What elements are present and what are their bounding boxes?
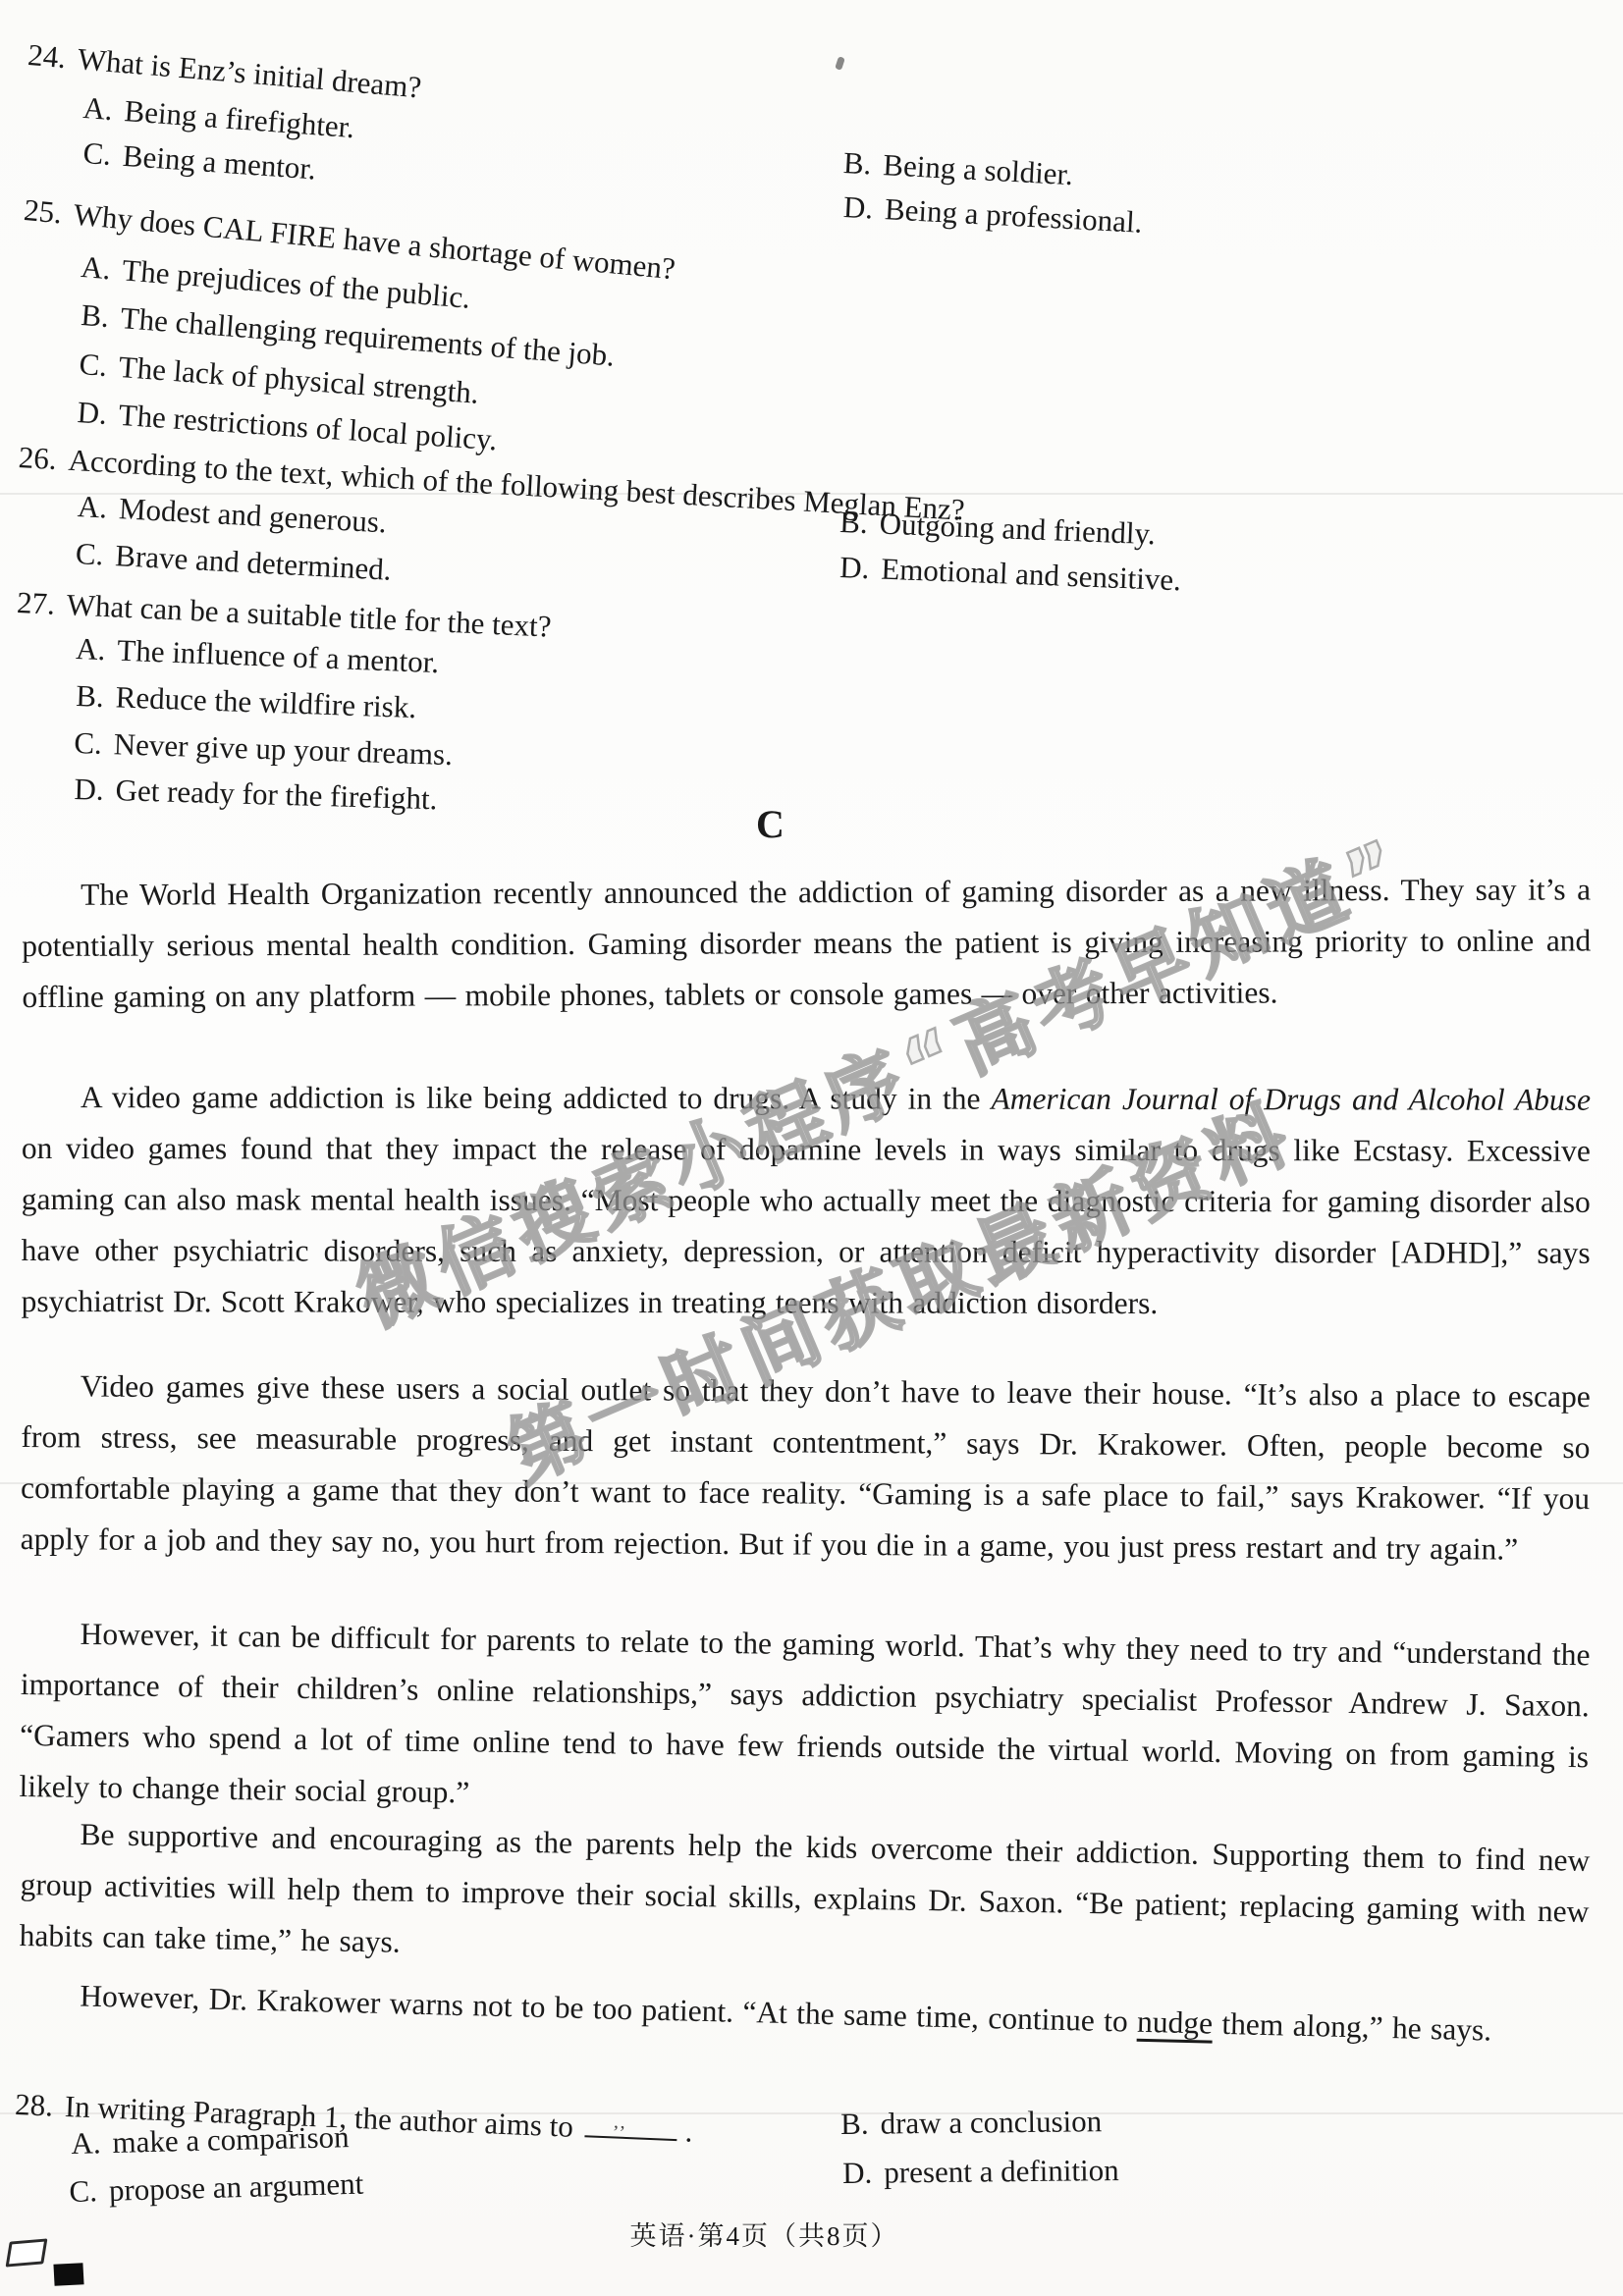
option-text: Being a soldier.	[883, 147, 1074, 191]
q26-option-c: C.Brave and determined.	[75, 536, 392, 588]
option-label: A.	[71, 2125, 101, 2162]
question-number: 27.	[16, 585, 55, 622]
q26-option-b: B.Outgoing and friendly.	[839, 505, 1157, 552]
paragraph-text: A video game addiction is like being add…	[81, 1080, 992, 1116]
option-label: D.	[842, 189, 874, 227]
option-text: draw a conclusion	[880, 2104, 1102, 2140]
option-label: C.	[69, 2173, 97, 2210]
option-label: D.	[839, 550, 871, 586]
answer-blank	[584, 2125, 676, 2141]
option-text: The influence of a mentor.	[117, 633, 440, 680]
option-label: C.	[78, 347, 108, 384]
scan-artifact-mark	[835, 56, 845, 71]
page-footer: 英语·第4页（共8页）	[0, 2215, 1576, 2253]
option-label: A.	[76, 631, 107, 667]
q27-option-a: A.The influence of a mentor.	[76, 631, 440, 680]
registration-mark-filled	[53, 2263, 83, 2286]
journal-title-italic: American Journal of Drugs and Alcohol Ab…	[991, 1082, 1591, 1117]
option-label: A.	[81, 90, 114, 128]
option-label: A.	[77, 489, 108, 526]
question-number: 25.	[23, 192, 64, 231]
option-label: D.	[74, 772, 104, 808]
option-label: C.	[74, 725, 103, 762]
paragraph-text: However, Dr. Krakower warns not to be to…	[80, 1978, 1138, 2038]
q28-option-d: D.present a definition	[842, 2153, 1119, 2191]
option-label: B.	[840, 2107, 869, 2142]
q24-option-d: D.Being a professional.	[842, 189, 1143, 240]
option-text: Get ready for the firefight.	[115, 773, 438, 816]
q26-option-d: D.Emotional and sensitive.	[839, 550, 1182, 598]
option-label: C.	[81, 135, 112, 173]
option-text: Never give up your dreams.	[113, 726, 453, 772]
q27-option-d: D.Get ready for the firefight.	[74, 772, 438, 817]
q28-option-c: C.propose an argument	[69, 2166, 364, 2210]
option-text: Emotional and sensitive.	[881, 552, 1182, 598]
paragraph-text: on video games found that they impact th…	[22, 1131, 1591, 1320]
question-number: 24.	[27, 37, 68, 76]
option-text: make a comparison	[112, 2119, 350, 2160]
passage-paragraph-5: Be supportive and encouraging as the par…	[19, 1808, 1590, 1989]
option-text: Modest and generous.	[118, 491, 387, 539]
q27-option-c: C.Never give up your dreams.	[74, 725, 454, 773]
option-label: C.	[75, 536, 104, 572]
passage-paragraph-3: Video games give these users a social ou…	[21, 1361, 1591, 1575]
option-label: D.	[842, 2156, 873, 2191]
option-label: B.	[839, 505, 869, 541]
option-text: Brave and determined.	[115, 538, 393, 587]
registration-mark-outline	[6, 2238, 48, 2267]
exam-page: 24.What is Enz’s initial dream? A.Being …	[0, 0, 1623, 2296]
question-text: .	[684, 2113, 693, 2148]
option-label: B.	[842, 145, 872, 182]
passage-paragraph-2: A video game addiction is like being add…	[22, 1072, 1591, 1330]
q28-option-a: A.make a comparison	[71, 2119, 350, 2162]
option-label: A.	[80, 249, 112, 287]
q26-option-a: A.Modest and generous.	[77, 489, 388, 540]
option-label: D.	[77, 395, 108, 432]
q28-option-b: B.draw a conclusion	[840, 2104, 1102, 2142]
question-number: 28.	[15, 2087, 54, 2124]
section-heading-c: C	[756, 801, 784, 847]
option-label: B.	[80, 297, 110, 335]
q27-option-b: B.Reduce the wildfire risk.	[76, 678, 417, 725]
option-text: Being a firefighter.	[123, 93, 355, 144]
underlined-word-nudge: nudge	[1137, 2004, 1214, 2041]
option-text: Being a professional.	[884, 191, 1143, 240]
paragraph-text: them along,” he says.	[1213, 2006, 1492, 2048]
option-text: Reduce the wildfire risk.	[115, 679, 417, 724]
q24-option-b: B.Being a soldier.	[842, 145, 1074, 192]
option-text: propose an argument	[108, 2166, 363, 2208]
option-text: Being a mentor.	[122, 138, 317, 187]
q24-option-c: C.Being a mentor.	[81, 135, 317, 187]
question-number: 26.	[18, 440, 58, 477]
passage-paragraph-1: The World Health Organization recently a…	[22, 864, 1592, 1023]
option-label: B.	[76, 678, 105, 715]
passage-paragraph-4: However, it can be difficult for parents…	[19, 1608, 1591, 1834]
option-text: Outgoing and friendly.	[879, 507, 1156, 552]
option-text: present a definition	[884, 2153, 1119, 2190]
